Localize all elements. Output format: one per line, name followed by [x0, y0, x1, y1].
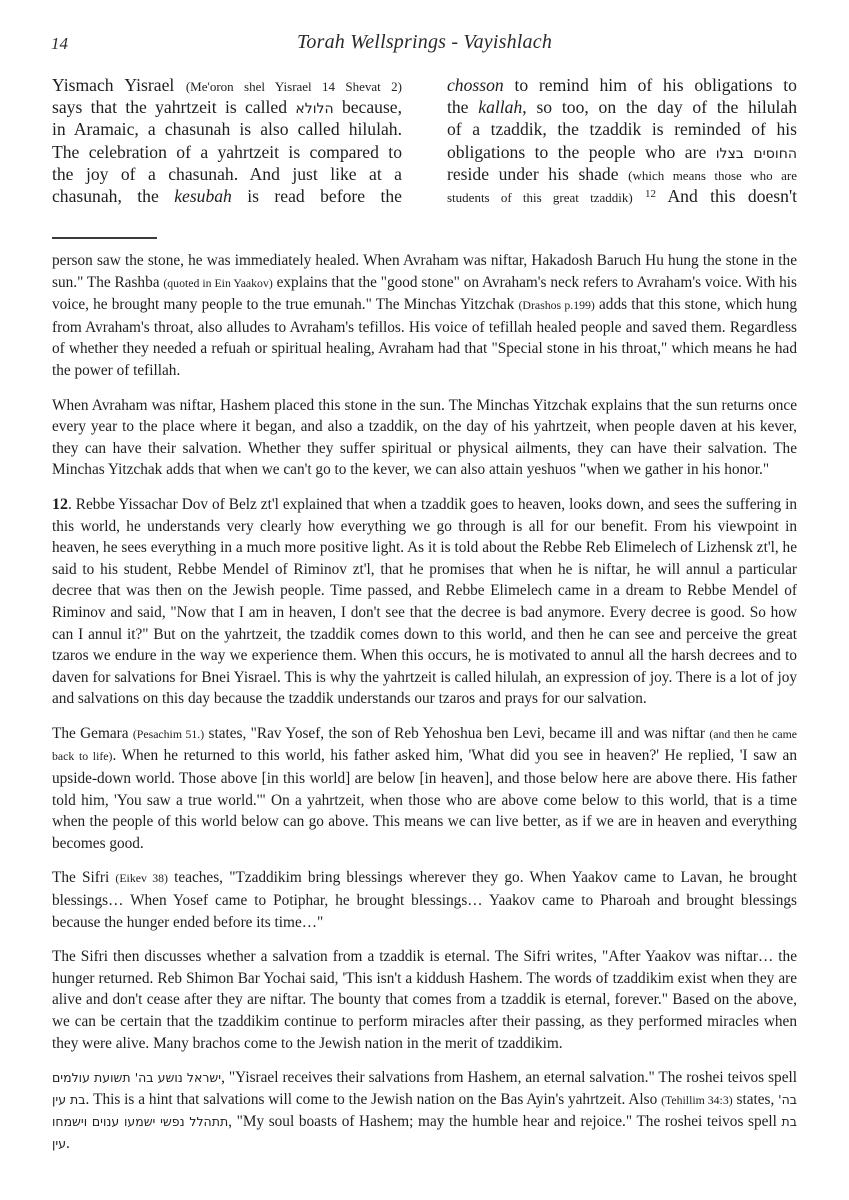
footnotes: person saw the stone, he was immediately…	[52, 250, 797, 1168]
italic-term: kesubah	[174, 186, 232, 206]
hebrew-term: בת עין	[52, 1092, 85, 1107]
text-line: obligations to the people who are החוסים…	[447, 141, 797, 163]
footnote-divider	[52, 237, 157, 239]
text-line: Yismach Yisrael (Me'oron shel Yisrael 14…	[52, 74, 402, 96]
running-title: Torah Wellsprings - Vayishlach	[0, 31, 849, 54]
text-line: chosson to remind him of his obligations…	[447, 74, 797, 96]
italic-term: chosson	[447, 75, 504, 95]
text-line: students of this great tzaddik) 12 And t…	[447, 185, 797, 207]
source-citation: (quoted in Ein Yaakov)	[163, 276, 272, 290]
footnote-paragraph: When Avraham was niftar, Hashem placed t…	[52, 395, 797, 481]
footnote-reference[interactable]: 12	[645, 188, 656, 200]
text-line: the kallah, so too, on the day of the hi…	[447, 96, 797, 118]
left-column: Yismach Yisrael (Me'oron shel Yisrael 14…	[52, 74, 402, 207]
footnote-paragraph: ישראל נושע בה' תשועת עולמים, "Yisrael re…	[52, 1067, 797, 1154]
source-citation: (Eikev 38)	[115, 871, 168, 885]
source-citation: (Tehillim 34:3)	[661, 1093, 733, 1107]
footnote-paragraph: The Sifri then discusses whether a salva…	[52, 946, 797, 1054]
parenthetical: students of this great tzaddik)	[447, 190, 633, 205]
hebrew-term: החוסים בצלו	[716, 146, 797, 162]
footnote-number: 12	[52, 496, 68, 513]
footnote-paragraph: person saw the stone, he was immediately…	[52, 250, 797, 382]
text-line: the joy of a chasunah. And just like at …	[52, 163, 402, 185]
footnote-paragraph: The Gemara (Pesachim 51.) states, "Rav Y…	[52, 723, 797, 855]
source-citation: (Drashos p.199)	[519, 298, 595, 312]
footnote-12: 12. Rebbe Yissachar Dov of Belz zt'l exp…	[52, 494, 797, 710]
parenthetical: (which means those who are	[628, 168, 797, 183]
hebrew-verse: ישראל נושע בה' תשועת עולמים	[52, 1070, 221, 1085]
hebrew-term: הלולא	[295, 101, 333, 117]
source-citation: (Pesachim 51.)	[133, 727, 204, 741]
text-line: of a tzaddik, the tzaddik is reminded of…	[447, 118, 797, 140]
main-text: Yismach Yisrael (Me'oron shel Yisrael 14…	[52, 74, 797, 207]
right-column: chosson to remind him of his obligations…	[447, 74, 797, 207]
footnote-paragraph: The Sifri (Eikev 38) teaches, "Tzaddikim…	[52, 867, 797, 933]
text-line: says that the yahrtzeit is called הלולא …	[52, 96, 402, 118]
text-line: The celebration of a yahrtzeit is compar…	[52, 141, 402, 163]
source-citation: (Me'oron shel Yisrael 14 Shevat 2)	[186, 79, 402, 94]
page-header: 14 Torah Wellsprings - Vayishlach	[0, 31, 849, 57]
text-line: reside under his shade (which means thos…	[447, 163, 797, 185]
text-line: chasunah, the kesubah is read before the	[52, 185, 402, 207]
text-line: in Aramaic, a chasunah is also called hi…	[52, 118, 402, 140]
italic-term: kallah	[478, 97, 522, 117]
